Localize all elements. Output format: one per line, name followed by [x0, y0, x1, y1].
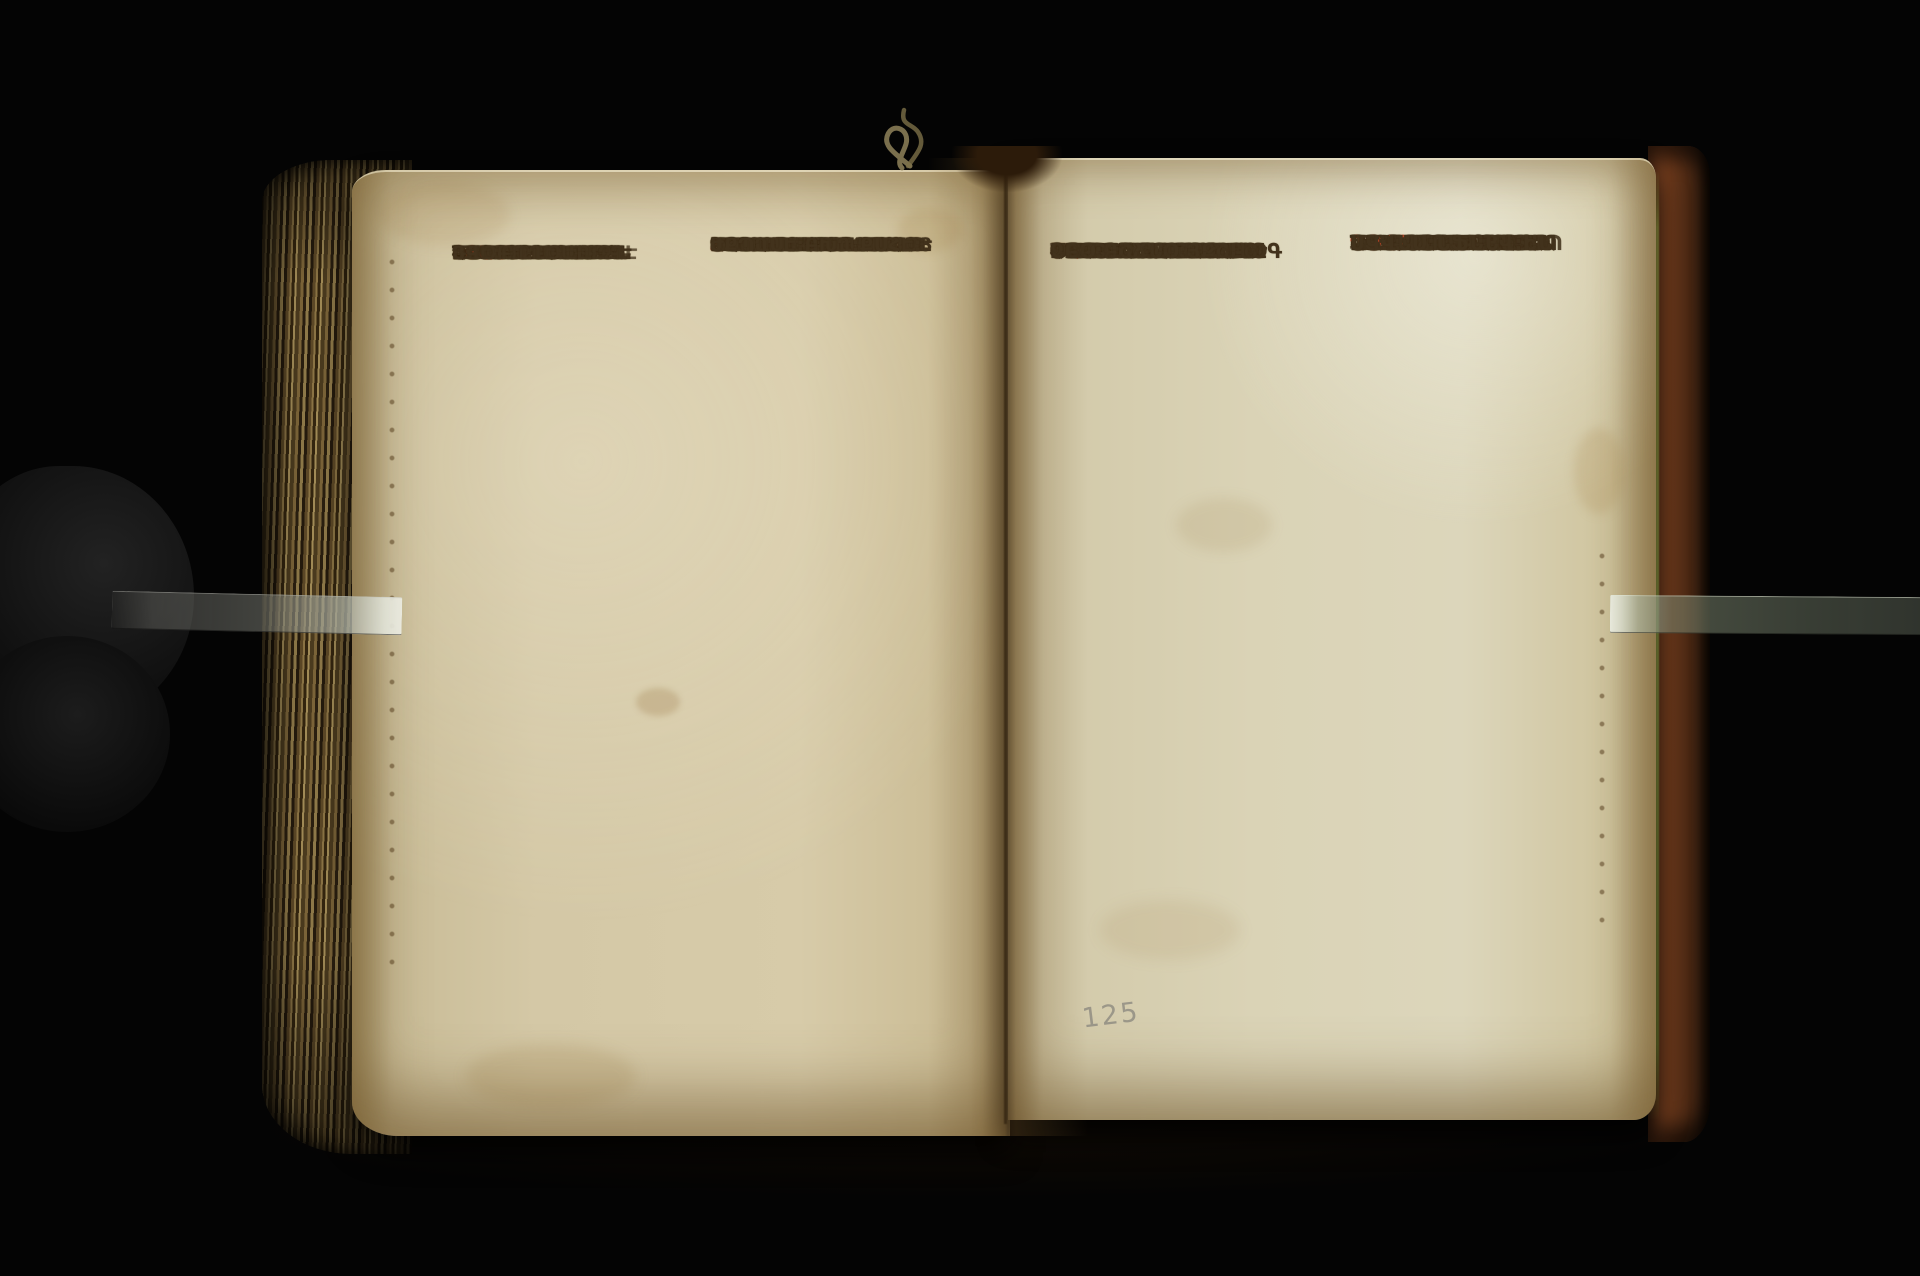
manuscript-photo: ՀԺԴ:ԷՄՅՊ:ԺԻՖՄԷ:ՅԴ:ՀՌՆ:ԲՂԺԼՕ:ՄԺՎՐԺ:ԳԱԷ:ԼԽ…: [0, 0, 1920, 1276]
center-fold-line: [1004, 166, 1007, 1124]
right-page: [1008, 158, 1656, 1120]
spine-thread: [866, 96, 954, 182]
left-page: [352, 170, 1010, 1136]
pricking-holes-right-margin: [1598, 552, 1606, 944]
left-weight-strip: [112, 591, 403, 636]
spine-head-notch: [952, 146, 1062, 192]
right-weight-strip: [1610, 595, 1920, 635]
